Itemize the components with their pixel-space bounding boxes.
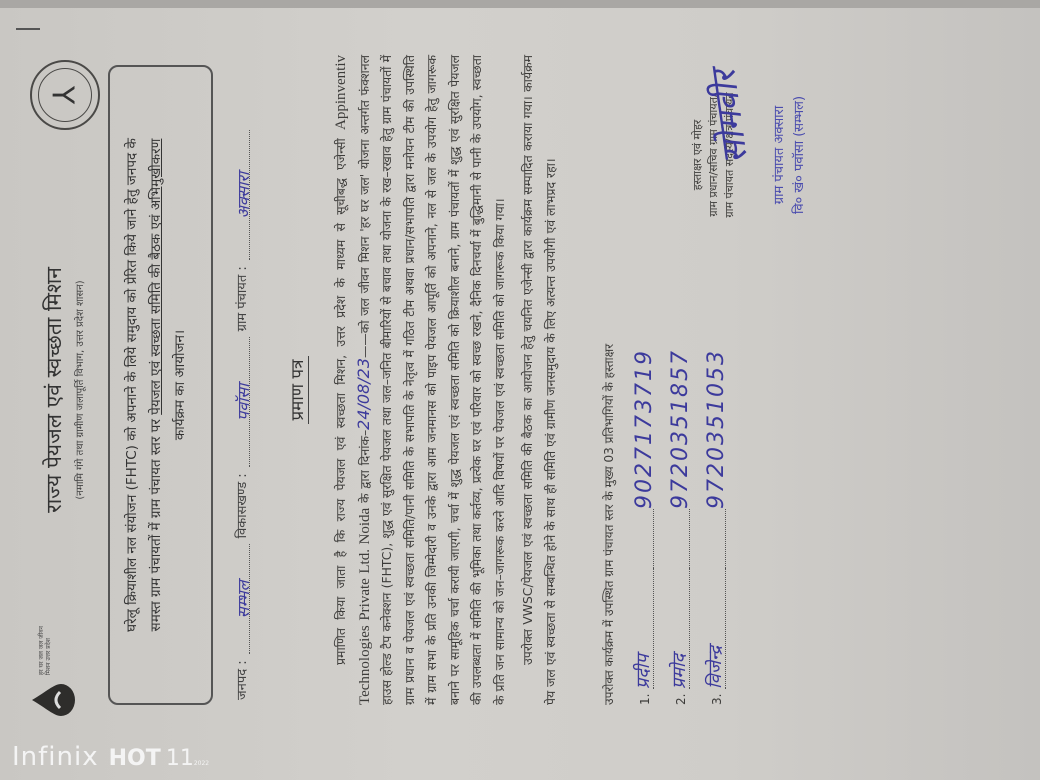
attendee-row: 1. प्रदीप 9027173719 — [618, 55, 654, 705]
attendee-name: प्रमोद — [671, 569, 690, 689]
program-underlined: पेयजल एवं स्वच्छता समिति की बैठक एवं अभि… — [148, 139, 164, 415]
watermark-model-group: HOT 112022 — [109, 746, 210, 771]
program-line-3: कार्यक्रम का आयोजन। — [168, 81, 192, 689]
program-box: घरेलू क्रियाशील नल संयोजन (FHTC) को अपना… — [108, 65, 213, 705]
paragraph-2: उपरोक्त VWSC/पेयजल एवं स्वच्छता समिति की… — [517, 55, 562, 705]
attendee-name: प्रदीप — [635, 569, 654, 689]
attendee-name: विजेन्द्र — [707, 569, 726, 689]
attendee-phone: 9720351857 — [672, 289, 690, 509]
attendees-intro: उपरोक्त कार्यक्रम में उपस्थित ग्राम पंचा… — [600, 55, 618, 705]
block-value: पवॉसा — [232, 337, 250, 467]
government-seal-icon: ⅄ — [30, 60, 100, 130]
certificate-body: प्रमाणित किया जाता है कि राज्य पेयजल एवं… — [330, 55, 562, 705]
attendee-phone: 9720351053 — [708, 289, 726, 509]
dotted-line — [653, 509, 654, 569]
program-line-1: घरेलू क्रियाशील नल संयोजन (FHTC) को अपना… — [120, 81, 144, 689]
block-label: विकासखण्ड : — [232, 473, 250, 538]
attendee-row: 2. प्रमोद 9720351857 — [654, 55, 690, 705]
panchayat-stamp: ग्राम पंचायत अक्सारा वि० खं० पवॉसा (सम्भ… — [770, 55, 810, 255]
certificate-title: प्रमाण पत्र — [285, 0, 308, 780]
district-label: जनपद : — [232, 660, 250, 700]
watermark-brand: Infinix — [12, 742, 99, 772]
watermark-year: 2022 — [194, 760, 209, 767]
event-date: 24/08/23 — [354, 358, 373, 430]
dotted-line — [725, 509, 726, 569]
district-value: सम्भल — [232, 544, 250, 654]
attendee-phone: 9027173719 — [636, 289, 654, 509]
paragraph-1: प्रमाणित किया जाता है कि राज्य पेयजल एवं… — [330, 55, 511, 705]
dotted-line — [689, 509, 690, 569]
camera-watermark: Infinix HOT 112022 — [12, 742, 209, 772]
location-row: जनपद : सम्भल विकासखण्ड : पवॉसा ग्राम पंच… — [232, 60, 250, 700]
gram-panchayat-value: अक्सारा — [232, 130, 250, 260]
program-line-2: समस्त ग्राम पंचायतों में ग्राम पंचायत स्… — [144, 81, 168, 689]
watermark-model: HOT — [109, 746, 161, 771]
gram-panchayat-label: ग्राम पंचायत : — [232, 266, 250, 331]
watermark-model-number: 11 — [166, 746, 194, 771]
certificate-sheet: हर घर जल जल जीवन मिशन उत्तर प्रदेश राज्य… — [0, 0, 1040, 780]
